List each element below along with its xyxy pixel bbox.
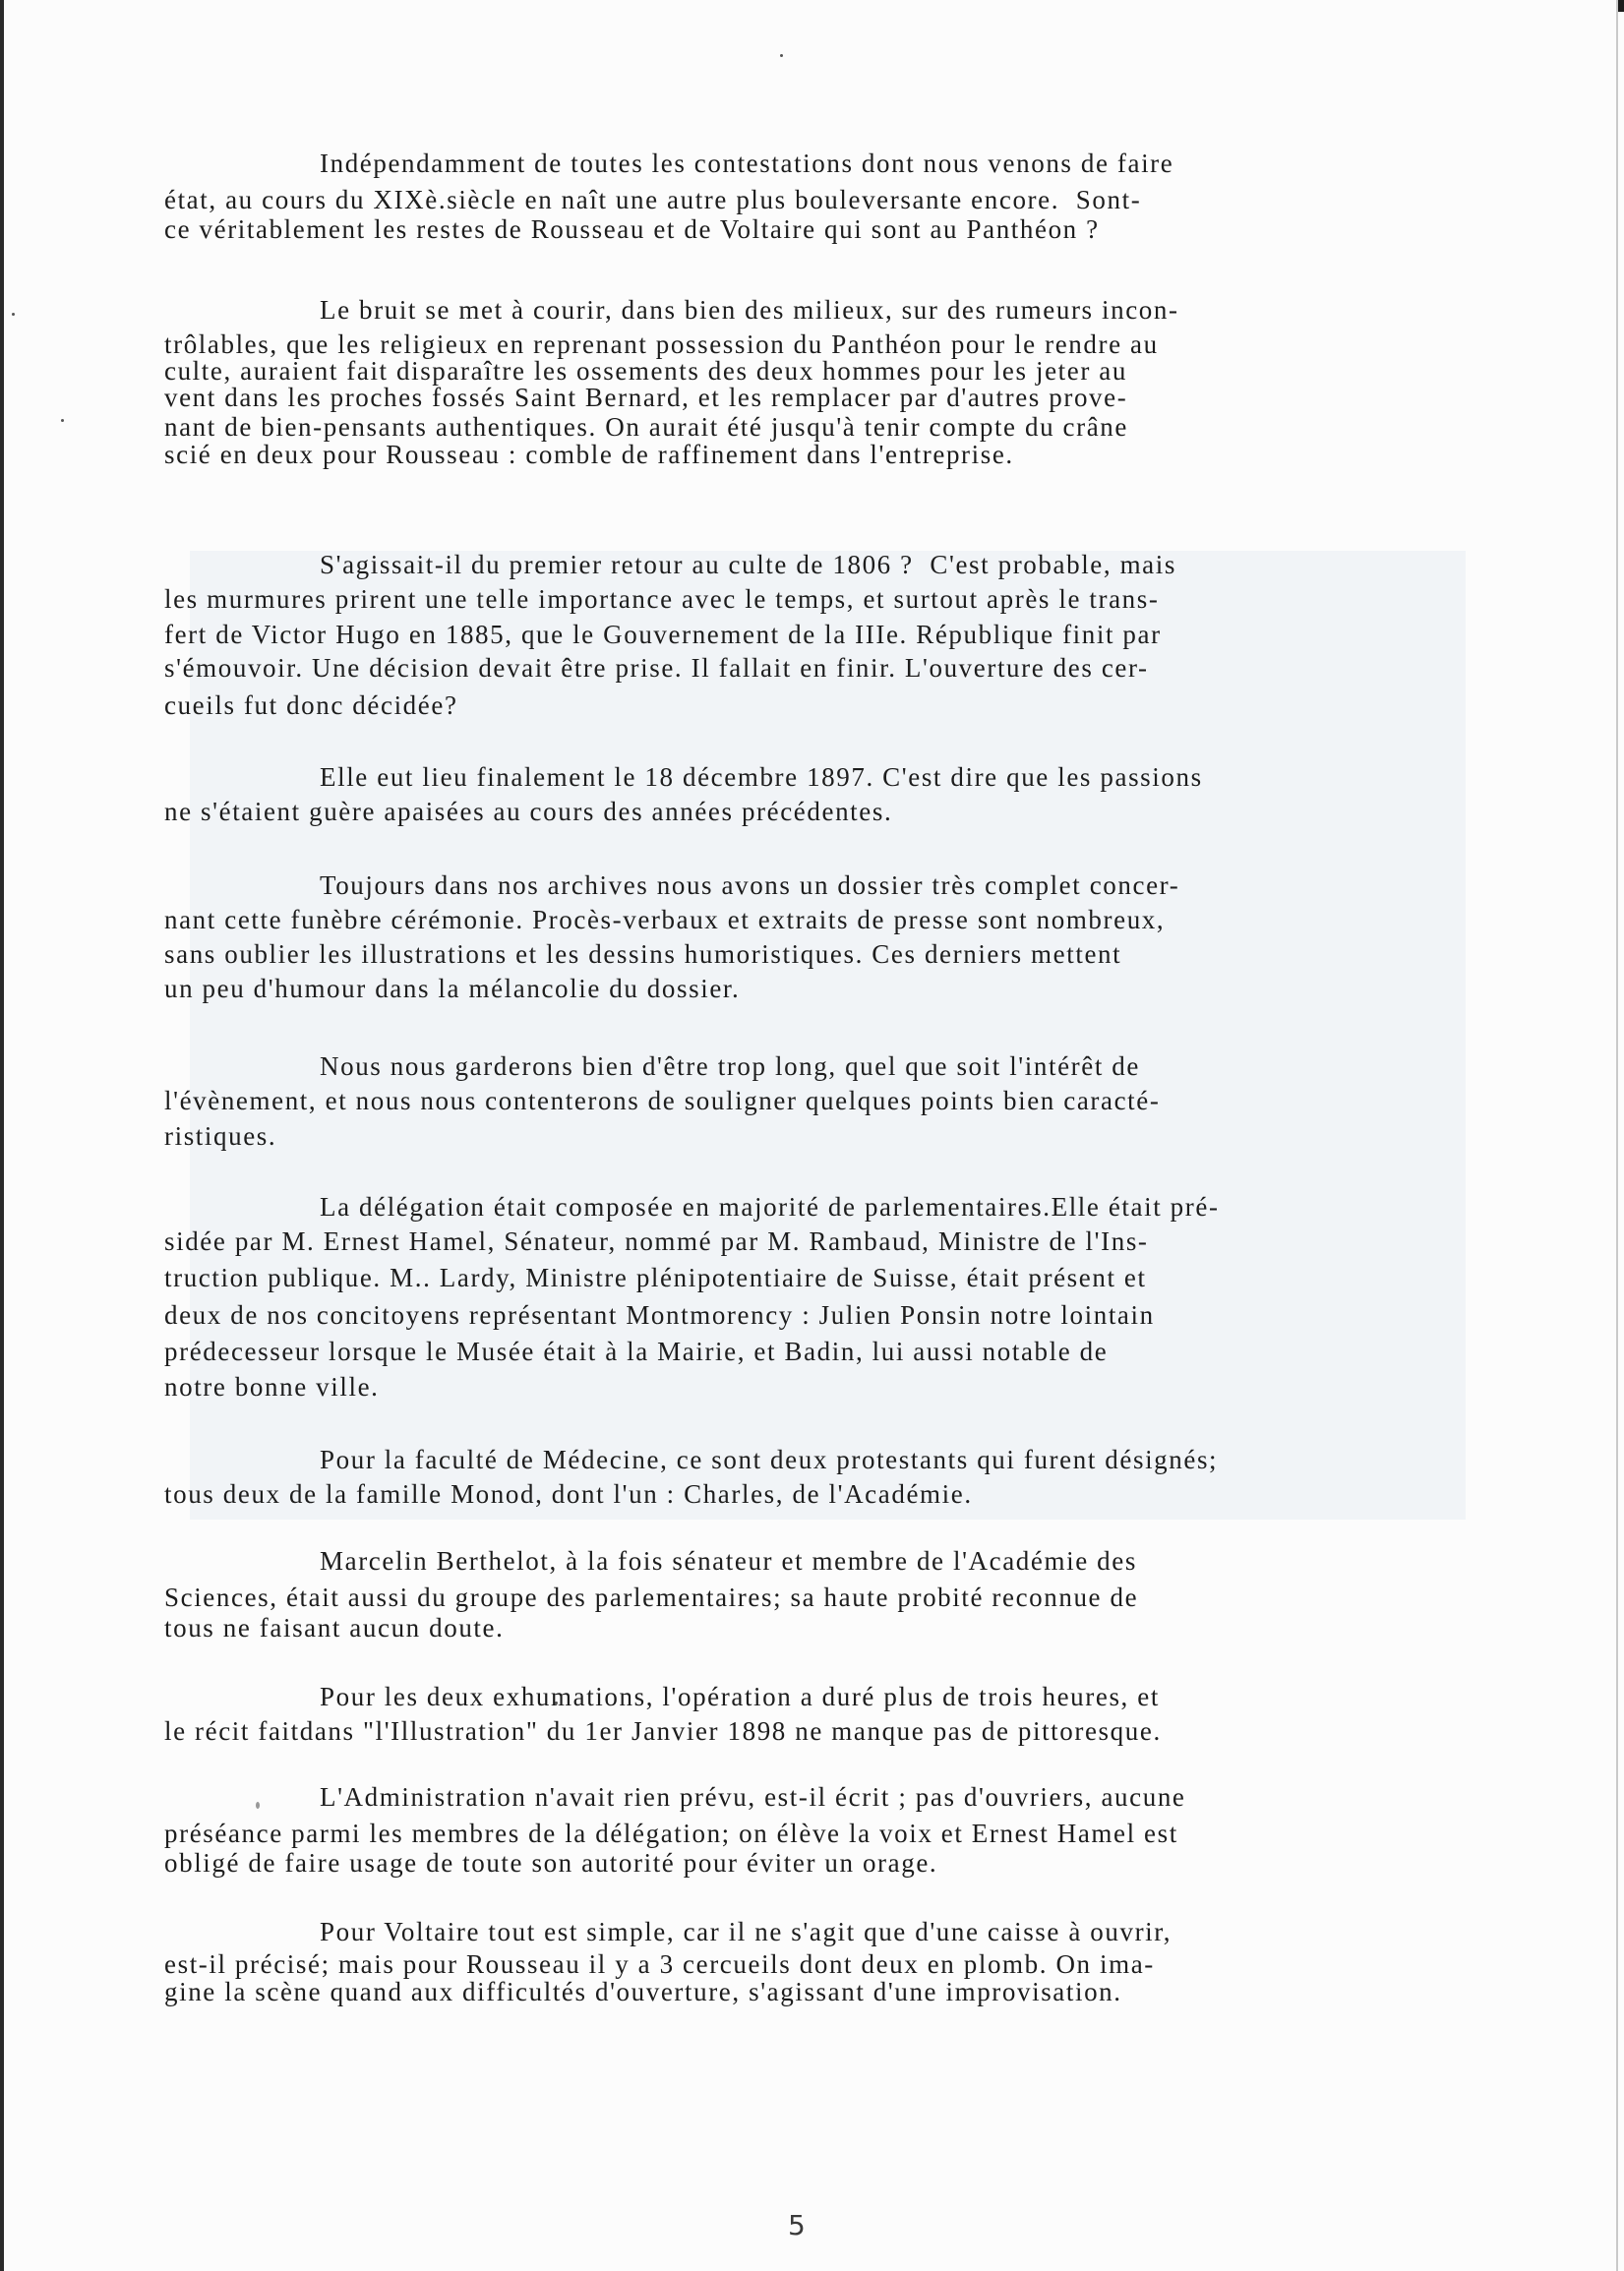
paragraph-4-line-1: Elle eut lieu finalement le 18 décembre … [320, 764, 1203, 791]
paragraph-5-line-3: sans oublier les illustrations et les de… [164, 941, 1121, 968]
paragraph-5-line-2: nant cette funèbre cérémonie. Procès-ver… [164, 907, 1165, 933]
paragraph-4-line-2: ne s'étaient guère apaisées au cours des… [164, 799, 892, 825]
paragraph-3-line-3: fert de Victor Hugo en 1885, que le Gouv… [164, 622, 1162, 648]
paragraph-2-line-6: scié en deux pour Rousseau : comble de r… [164, 442, 1014, 468]
paragraph-8-line-1: Pour la faculté de Médecine, ce sont deu… [320, 1447, 1218, 1473]
scan-speck [12, 313, 15, 316]
scan-corner-shadow [1618, 0, 1624, 12]
paragraph-7-line-6: notre bonne ville. [164, 1374, 380, 1401]
paragraph-1-line-3: ce véritablement les restes de Rousseau … [164, 216, 1100, 243]
paragraph-12-line-1: Pour Voltaire tout est simple, car il ne… [320, 1919, 1172, 1945]
paragraph-3-line-5: cueils fut donc décidée? [164, 692, 458, 719]
paragraph-9-line-1: Marcelin Berthelot, à la fois sénateur e… [320, 1548, 1137, 1575]
scan-left-edge [0, 0, 4, 2271]
paragraph-11-line-1: L'Administration n'avait rien prévu, est… [320, 1784, 1186, 1811]
paragraph-2-line-3: culte, auraient fait disparaître les oss… [164, 358, 1127, 385]
paragraph-2-line-2: trôlables, que les religieux en reprenan… [164, 331, 1159, 358]
paragraph-7-line-1: La délégation était composée en majorité… [320, 1194, 1220, 1221]
paragraph-2-line-1: Le bruit se met à courir, dans bien des … [320, 297, 1179, 324]
paragraph-1-line-1: Indépendamment de toutes les contestatio… [320, 150, 1173, 177]
paragraph-11-line-3: obligé de faire usage de toute son autor… [164, 1850, 937, 1877]
paragraph-7-line-5: prédecesseur lorsque le Musée était à la… [164, 1339, 1108, 1365]
paragraph-9-line-2: Sciences, était aussi du groupe des parl… [164, 1584, 1138, 1611]
paragraph-5-line-1: Toujours dans nos archives nous avons un… [320, 872, 1179, 899]
paragraph-6-line-2: l'évènement, et nous nous contenterons d… [164, 1088, 1160, 1114]
paragraph-12-line-3: gine la scène quand aux difficultés d'ou… [164, 1979, 1122, 2005]
paragraph-12-line-2: est-il précisé; mais pour Rousseau il y … [164, 1951, 1155, 1978]
paragraph-10-line-2: le récit faitdans "l'Illustration" du 1e… [164, 1718, 1162, 1745]
paragraph-7-line-2: sidée par M. Ernest Hamel, Sénateur, nom… [164, 1228, 1149, 1255]
scan-right-edge [1616, 0, 1618, 2271]
paragraph-1-line-2: état, au cours du XIXè.siècle en naît un… [164, 187, 1141, 213]
paragraph-8-line-2: tous deux de la famille Monod, dont l'un… [164, 1481, 973, 1508]
scanned-page: Indépendamment de toutes les contestatio… [0, 0, 1624, 2271]
paragraph-2-line-5: nant de bien-pensants authentiques. On a… [164, 414, 1128, 441]
scan-speck [780, 54, 783, 57]
paragraph-10-line-1: Pour les deux exhumations, l'opération a… [320, 1684, 1160, 1710]
paragraph-11-line-2: préséance parmi les membres de la déléga… [164, 1821, 1178, 1847]
paragraph-3-line-4: s'émouvoir. Une décision devait être pri… [164, 655, 1149, 682]
paragraph-3-line-1: S'agissait-il du premier retour au culte… [320, 552, 1176, 578]
paragraph-9-line-3: tous ne faisant aucun doute. [164, 1615, 504, 1642]
paragraph-5-line-4: un peu d'humour dans la mélancolie du do… [164, 976, 740, 1002]
scan-speck [61, 419, 64, 422]
paragraph-7-line-3: truction publique. M.. Lardy, Ministre p… [164, 1265, 1147, 1291]
paragraph-2-line-4: vent dans les proches fossés Saint Berna… [164, 385, 1127, 411]
page-number: 5 [788, 2209, 806, 2241]
paragraph-3-line-2: les murmures prirent une telle importanc… [164, 586, 1160, 613]
paragraph-6-line-3: ristiques. [164, 1123, 276, 1150]
paragraph-7-line-4: deux de nos concitoyens représentant Mon… [164, 1302, 1155, 1329]
scan-speck [256, 1802, 260, 1809]
paragraph-6-line-1: Nous nous garderons bien d'être trop lon… [320, 1053, 1140, 1080]
